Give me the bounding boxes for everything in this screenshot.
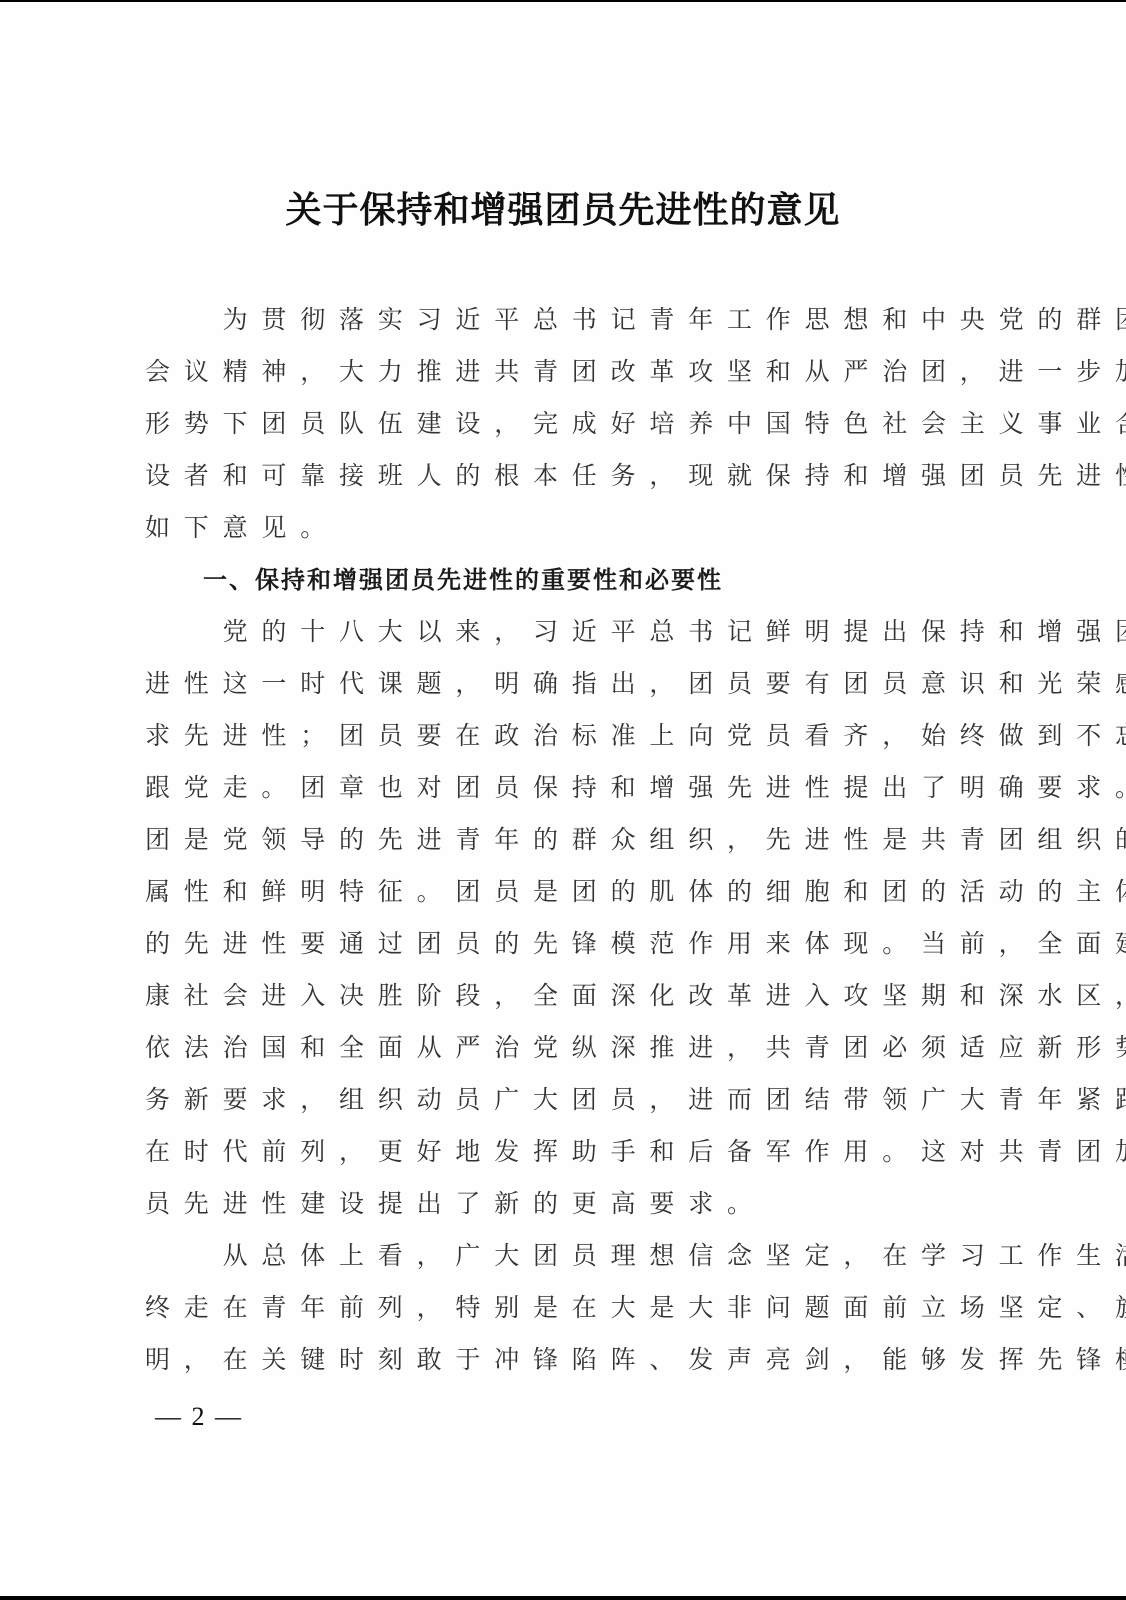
top-border-rule xyxy=(0,0,1126,2)
section-heading: 一、保持和增强团员先进性的重要性和必要性 xyxy=(145,554,961,606)
body-line: 进性这一时代课题，明确指出，团员要有团员意识和光荣感，追 xyxy=(145,658,961,710)
body-line: 求先进性；团员要在政治标准上向党员看齐，始终做到不忘初心 xyxy=(145,710,961,762)
page-number: — 2 — xyxy=(155,1402,243,1432)
document-body: 为贯彻落实习近平总书记青年工作思想和中央党的群团工作 会议精神，大力推进共青团改… xyxy=(145,294,961,1386)
body-line: 务新要求，组织动员广大团员，进而团结带领广大青年紧跟党走 xyxy=(145,1074,961,1126)
body-line: 员先进性建设提出了新的更高要求。 xyxy=(145,1178,961,1230)
body-line: 依法治国和全面从严治党纵深推进，共青团必须适应新形势新任 xyxy=(145,1022,961,1074)
bottom-border-rule xyxy=(0,1596,1126,1600)
body-line: 从总体上看，广大团员理想信念坚定，在学习工作生活中始 xyxy=(145,1230,961,1282)
body-line: 属性和鲜明特征。团员是团的肌体的细胞和团的活动的主体，团 xyxy=(145,866,961,918)
body-line: 在时代前列，更好地发挥助手和后备军作用。这对共青团加强团 xyxy=(145,1126,961,1178)
body-line: 如下意见。 xyxy=(145,502,961,554)
body-line: 为贯彻落实习近平总书记青年工作思想和中央党的群团工作 xyxy=(145,294,961,346)
body-line: 形势下团员队伍建设，完成好培养中国特色社会主义事业合格建 xyxy=(145,398,961,450)
document-title: 关于保持和增强团员先进性的意见 xyxy=(0,186,1126,234)
body-line: 康社会进入决胜阶段，全面深化改革进入攻坚期和深水区，全面 xyxy=(145,970,961,1022)
body-line: 明，在关键时刻敢于冲锋陷阵、发声亮剑，能够发挥先锋模范作 xyxy=(145,1334,961,1386)
body-line: 党的十八大以来，习近平总书记鲜明提出保持和增强团员先 xyxy=(145,606,961,658)
body-line: 会议精神，大力推进共青团改革攻坚和从严治团，进一步加强新 xyxy=(145,346,961,398)
body-line: 的先进性要通过团员的先锋模范作用来体现。当前，全面建成小 xyxy=(145,918,961,970)
body-line: 团是党领导的先进青年的群众组织，先进性是共青团组织的根本 xyxy=(145,814,961,866)
body-line: 跟党走。团章也对团员保持和增强先进性提出了明确要求。共青 xyxy=(145,762,961,814)
body-line: 终走在青年前列，特别是在大是大非问题面前立场坚定、旗帜鲜 xyxy=(145,1282,961,1334)
body-line: 设者和可靠接班人的根本任务，现就保持和增强团员先进性提出 xyxy=(145,450,961,502)
